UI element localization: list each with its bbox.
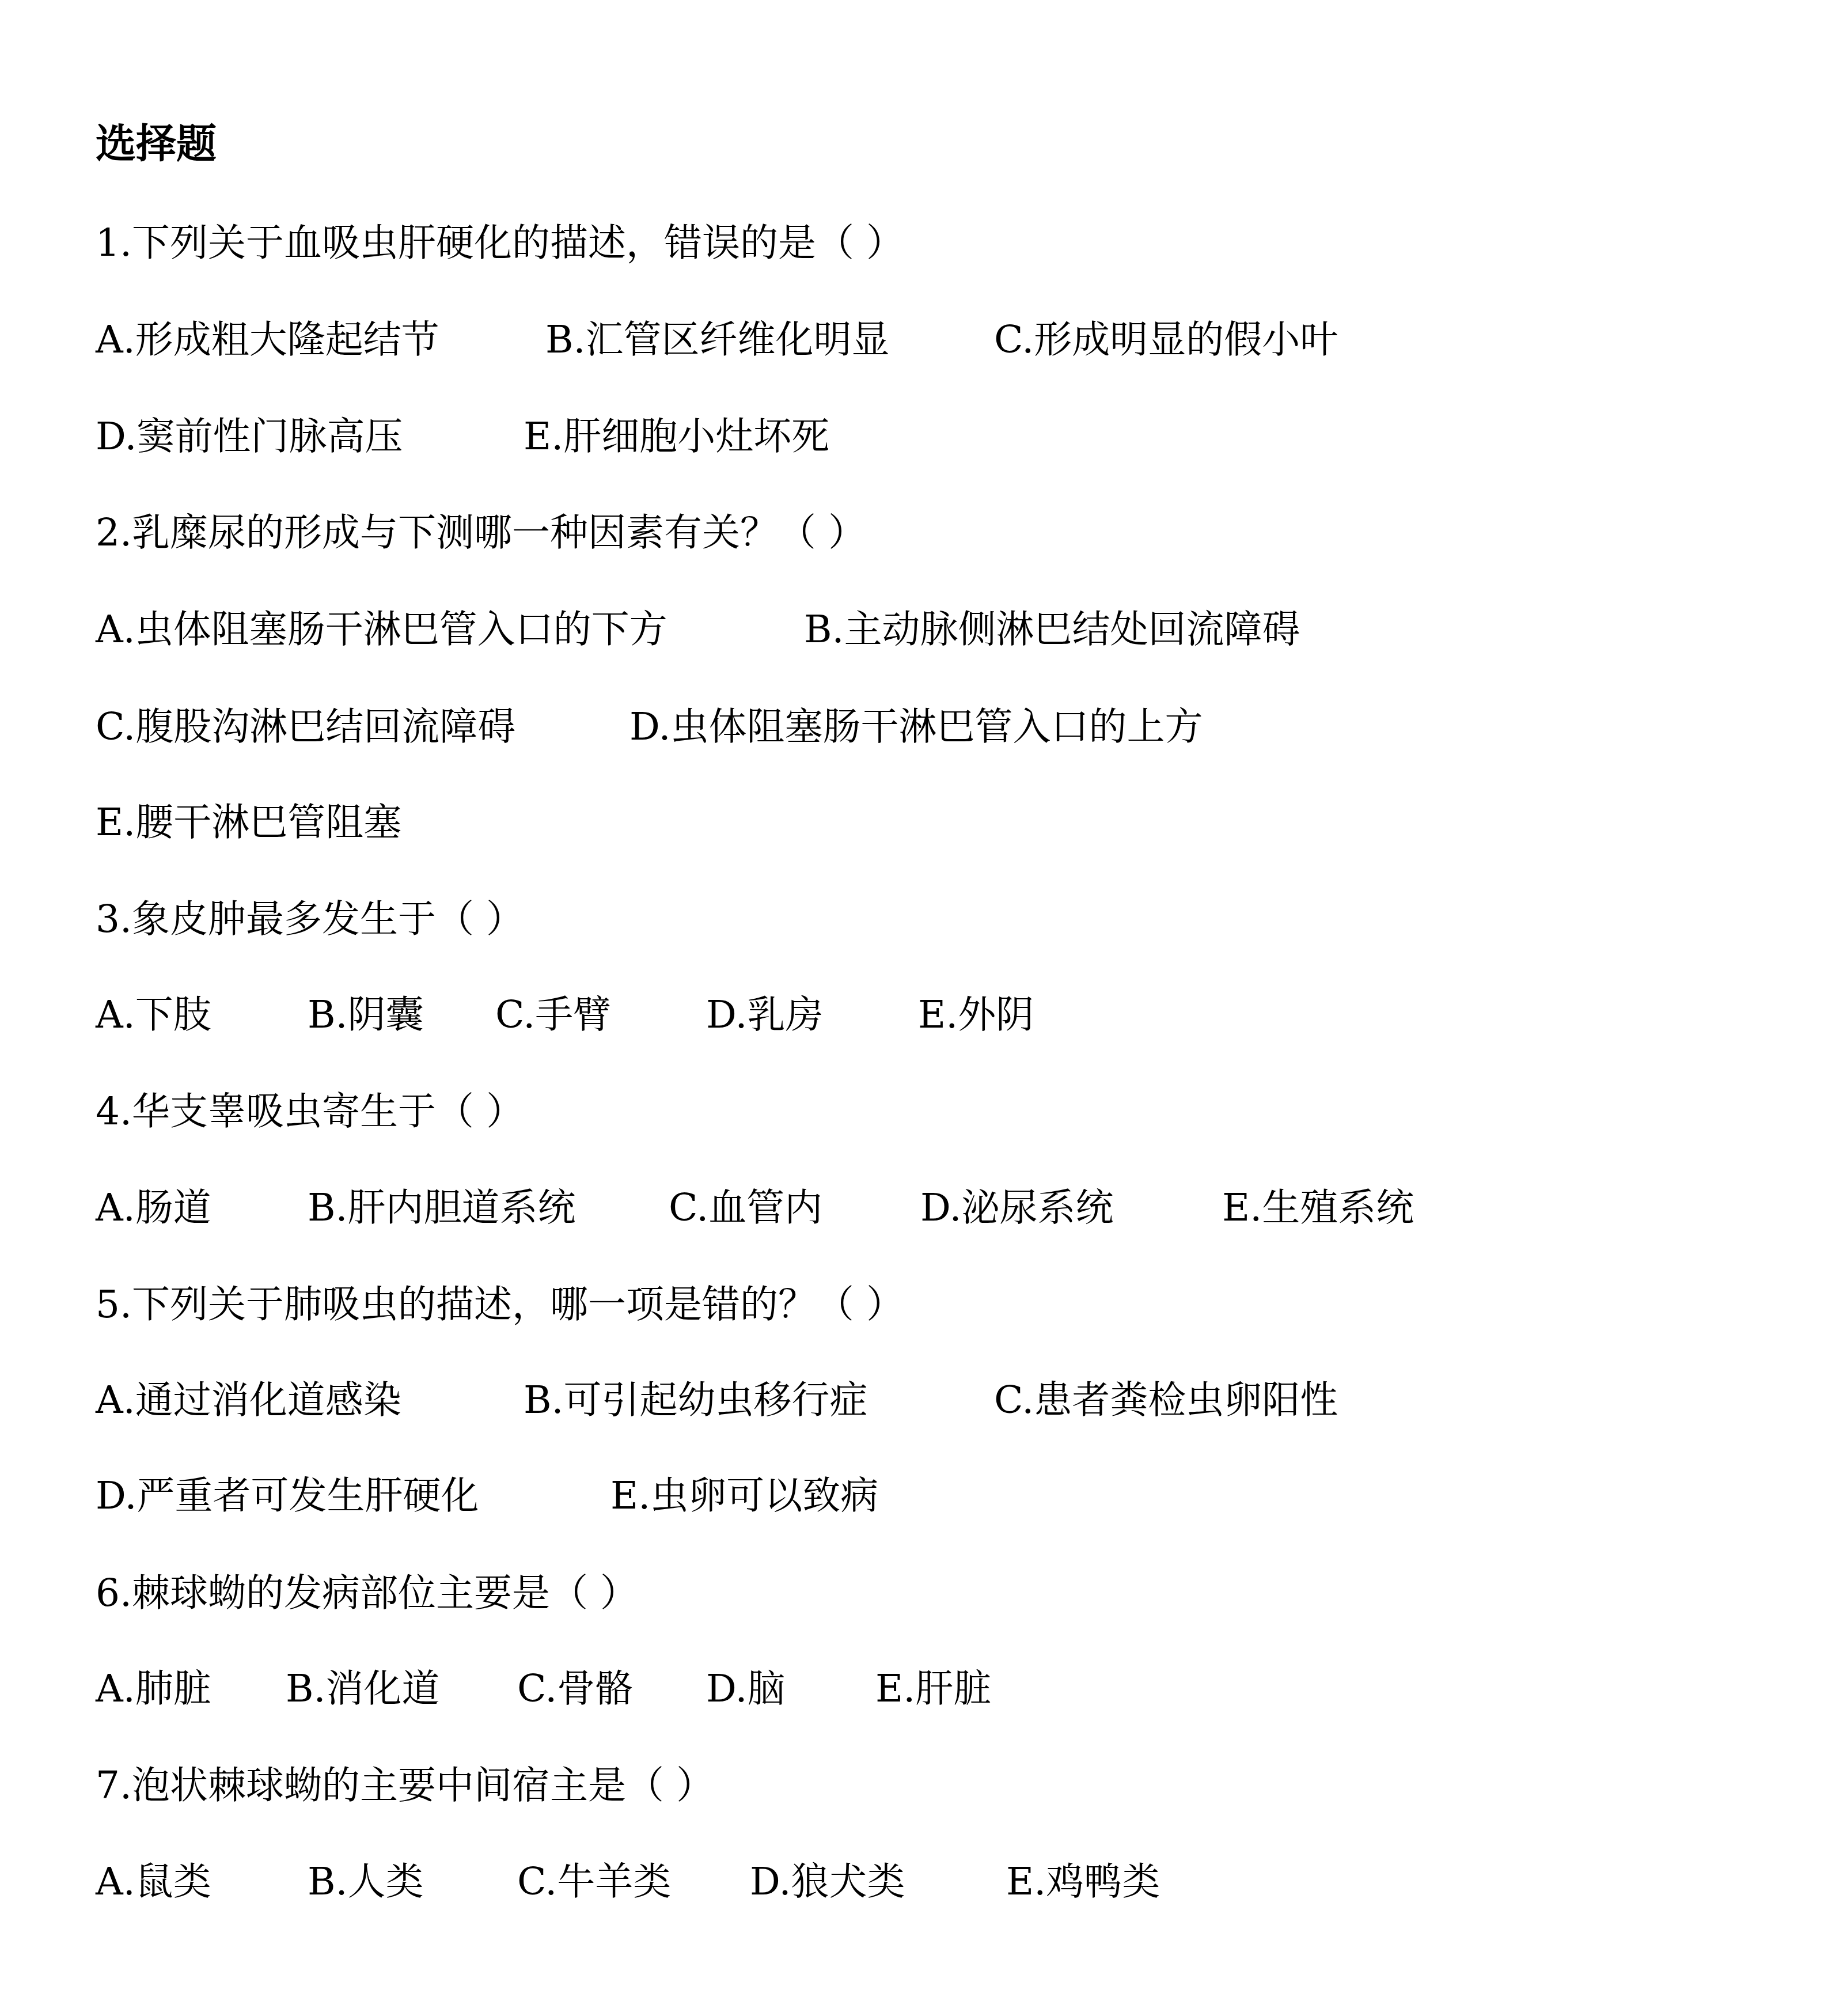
option-c: C.患者粪检虫卵阳性 <box>994 1377 1338 1423</box>
option-a: A.形成粗大隆起结节 <box>96 317 439 363</box>
question-stem: 6.棘球蚴的发病部位主要是（ ） <box>96 1570 638 1616</box>
option-a: A.鼠类 <box>96 1859 211 1905</box>
question-stem: 5.下列关于肺吸虫的描述，哪一项是错的？（ ） <box>96 1282 904 1328</box>
option-b: B.阴囊 <box>308 992 423 1038</box>
option-e: E.生殖系统 <box>1222 1185 1414 1231</box>
option-d: D.泌尿系统 <box>920 1185 1114 1231</box>
question-stem: 3.象皮肿最多发生于（ ） <box>96 896 524 942</box>
option-d: D.虫体阻塞肠干淋巴管入口的上方 <box>629 704 1203 750</box>
question-stem: 2.乳糜尿的形成与下测哪一种因素有关？（ ） <box>96 510 866 556</box>
question-stem: 7.泡状棘球蚴的主要中间宿主是（ ） <box>96 1763 714 1809</box>
option-e: E.肝细胞小灶坏死 <box>524 414 829 460</box>
option-e: E.肝脏 <box>875 1666 991 1712</box>
option-b: B.主动脉侧淋巴结处回流障碍 <box>804 607 1300 653</box>
option-b: B.肝内胆道系统 <box>308 1185 575 1231</box>
option-b: B.消化道 <box>286 1666 439 1712</box>
option-a: A.虫体阻塞肠干淋巴管入口的下方 <box>96 607 668 653</box>
question-stem: 4.华支睾吸虫寄生于（ ） <box>96 1089 524 1135</box>
section-title: 选择题 <box>96 121 217 167</box>
option-c: C.形成明显的假小叶 <box>994 317 1338 363</box>
option-e: E.外阴 <box>918 992 1034 1038</box>
option-a: A.通过消化道感染 <box>96 1377 401 1423</box>
option-d: D.窦前性门脉高压 <box>96 414 403 460</box>
option-e: E.虫卵可以致病 <box>610 1473 878 1519</box>
option-d: D.乳房 <box>706 992 824 1038</box>
option-c: C.骨骼 <box>517 1666 633 1712</box>
option-a: A.下肢 <box>96 992 211 1038</box>
option-b: B.人类 <box>308 1859 423 1905</box>
option-c: C.牛羊类 <box>517 1859 671 1905</box>
option-d: D.狼犬类 <box>750 1859 905 1905</box>
option-d: D.严重者可发生肝硬化 <box>96 1473 479 1519</box>
option-e: E.腰干淋巴管阻塞 <box>96 799 401 846</box>
option-c: C.腹股沟淋巴结回流障碍 <box>96 704 515 750</box>
option-b: B.汇管区纤维化明显 <box>545 317 889 363</box>
option-a: A.肠道 <box>96 1185 211 1231</box>
option-d: D.脑 <box>706 1666 786 1712</box>
option-c: C.血管内 <box>669 1185 822 1231</box>
option-a: A.肺脏 <box>96 1666 211 1712</box>
option-c: C.手臂 <box>495 992 611 1038</box>
question-stem: 1.下列关于血吸虫肝硬化的描述，错误的是（ ） <box>96 220 904 266</box>
option-e: E.鸡鸭类 <box>1006 1859 1160 1905</box>
option-b: B.可引起幼虫移行症 <box>524 1377 867 1423</box>
